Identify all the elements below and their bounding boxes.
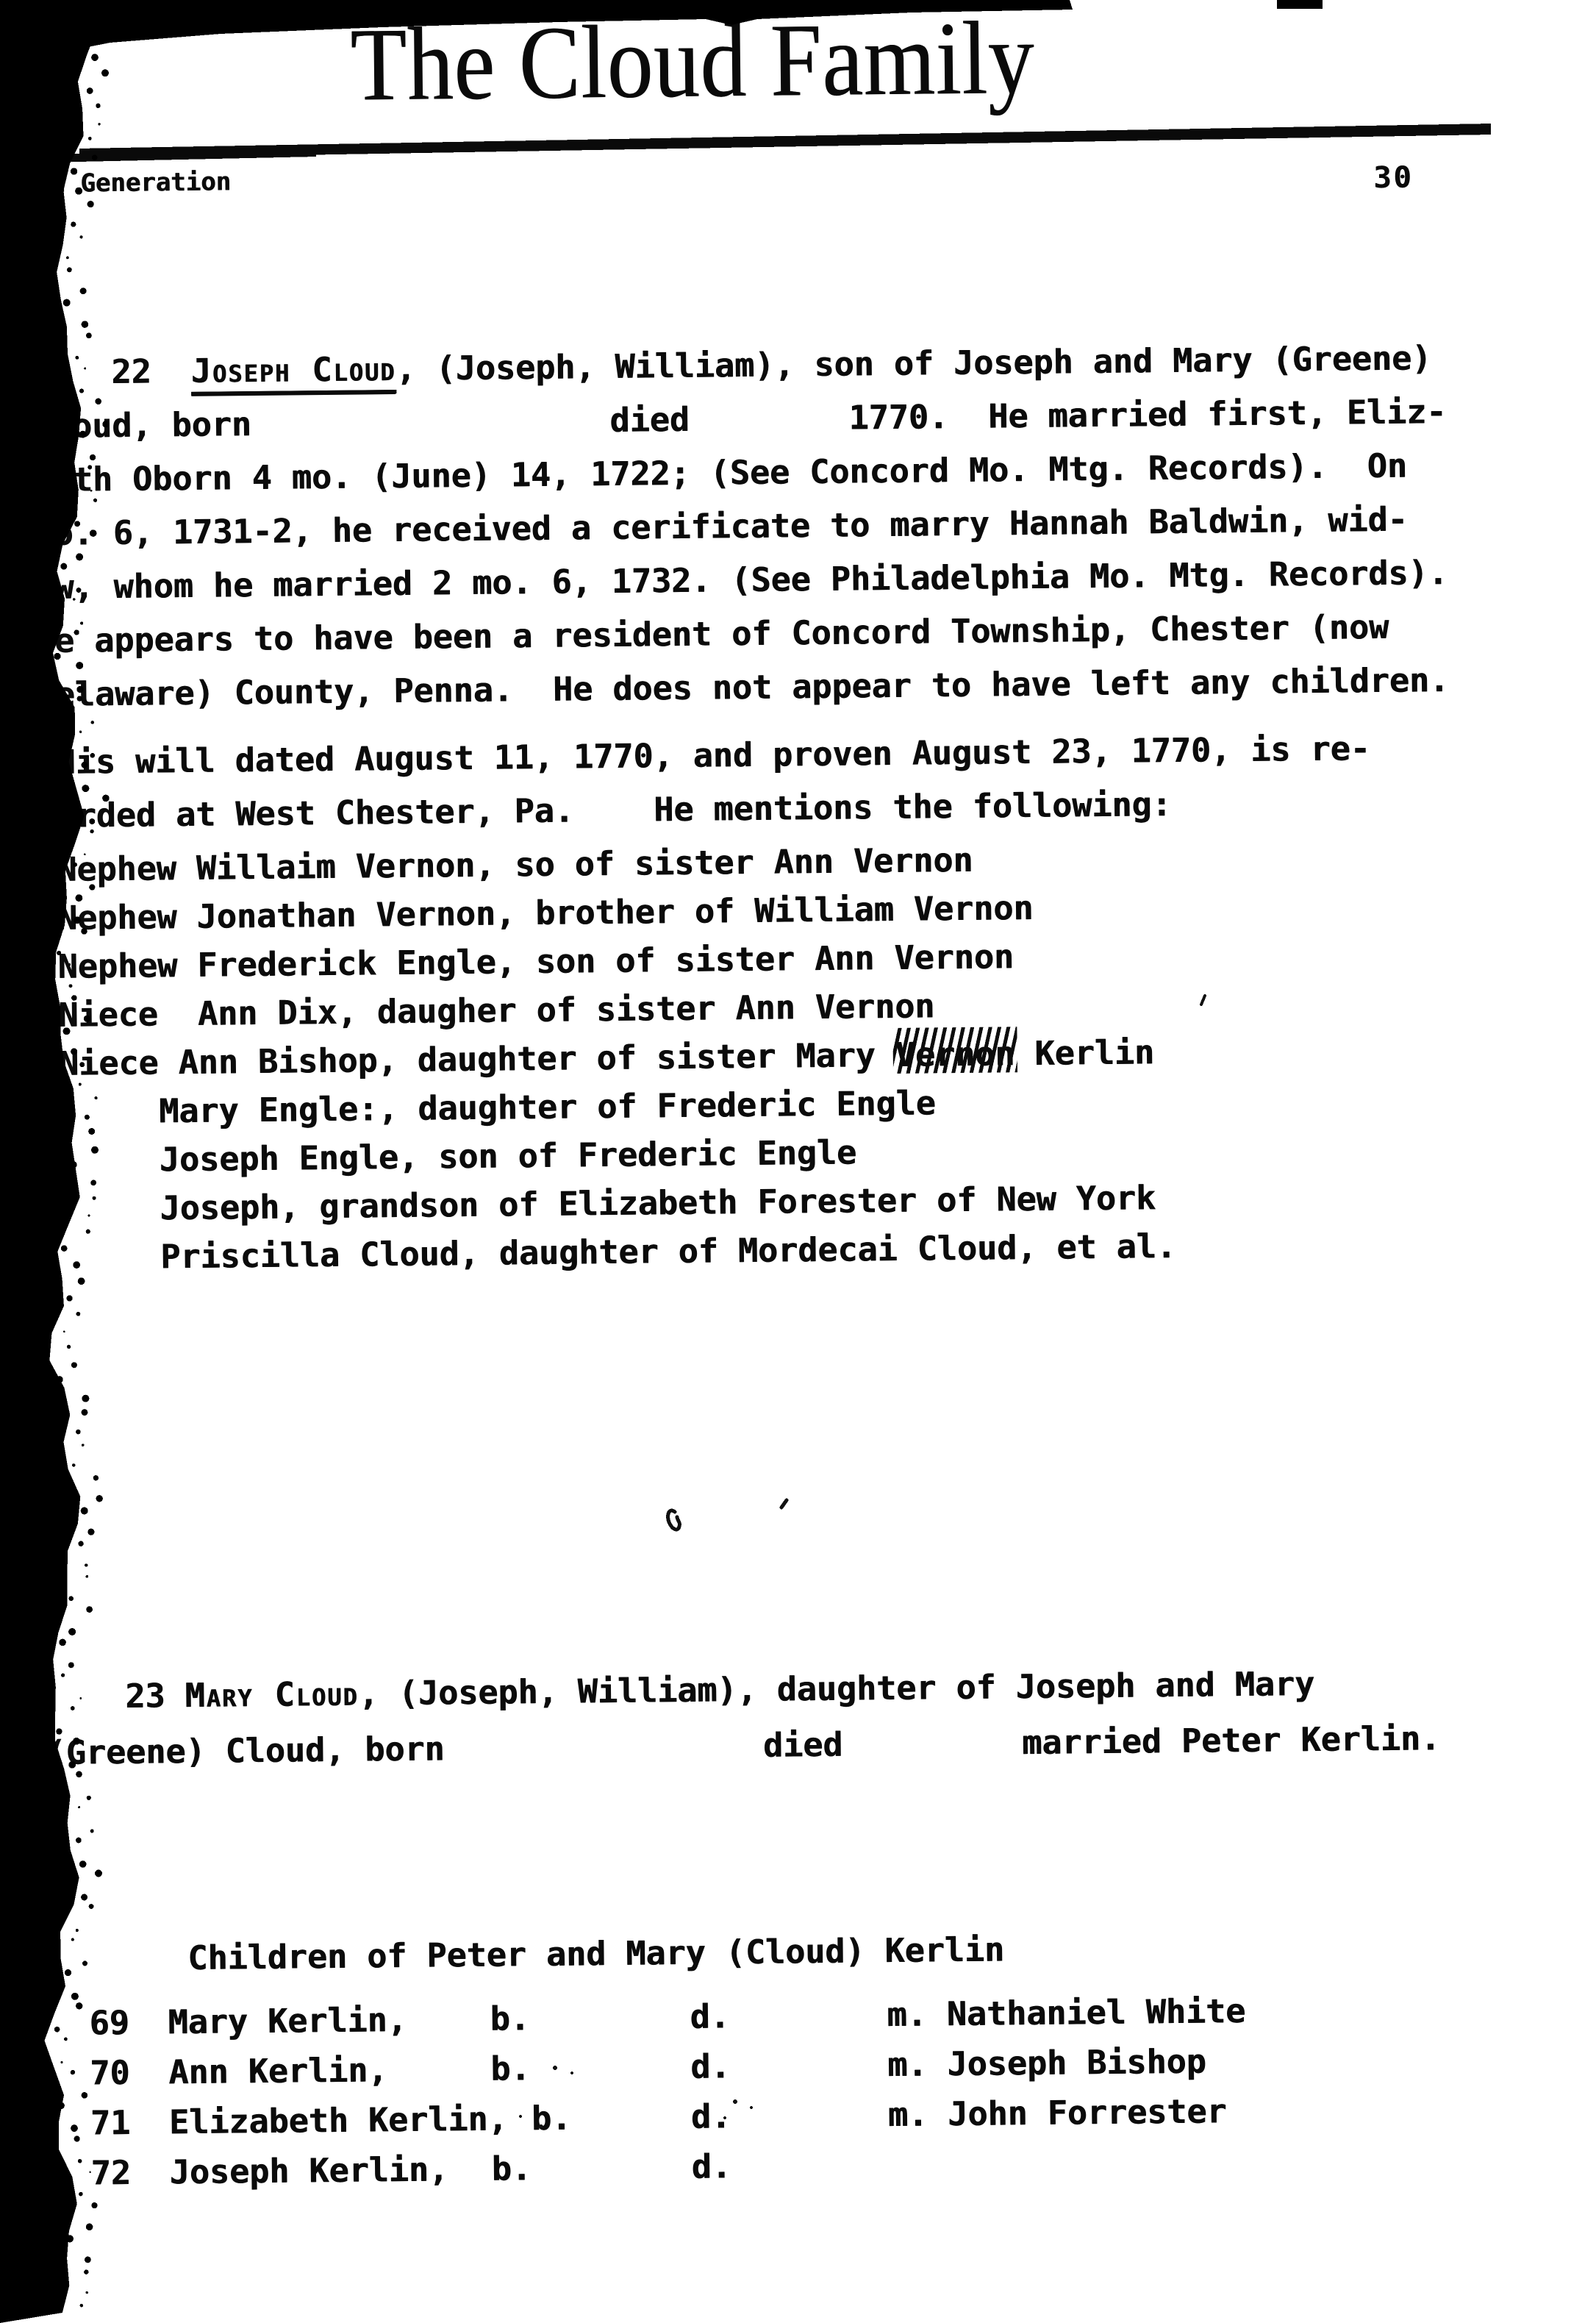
child-number: 69: [89, 2003, 129, 2043]
entry-number: 22: [32, 352, 191, 392]
died-label: d.: [691, 2097, 731, 2136]
born-label: b.: [490, 2049, 531, 2088]
heading-line-rest: , (Joseph, William), son of Joseph and M…: [396, 338, 1431, 388]
will-paragraph: His will dated August 11, 1770, and prov…: [35, 721, 1371, 843]
entry-23-paragraph: 23 Mary Cloud, (Joseph, William), daught…: [45, 1655, 1440, 1781]
child-number: 71: [90, 2103, 131, 2143]
table-row: 71 Elizabeth Kerlin, b. d. m. John Forre…: [50, 2104, 51, 2154]
page-number: 30: [1373, 160, 1414, 195]
entry-22-paragraph: 22 Joseph Cloud, (Joseph, William), son …: [32, 331, 1450, 721]
mention-text: Kerlin: [1015, 1032, 1154, 1073]
generation-label: d Generation: [50, 167, 231, 199]
person-name-underlined: Joseph Cloud: [190, 349, 396, 396]
born-label: b.: [491, 2149, 532, 2188]
page-sheet: The Cloud Family d Generation 30 22 Jose…: [0, 0, 1596, 2323]
born-label: b.: [490, 1999, 530, 2038]
table-row: 70 Ann Kerlin, b. d. m. Joseph Bishop: [49, 2054, 50, 2104]
married-info: m. John Forrester: [888, 2091, 1227, 2134]
child-name: Elizabeth Kerlin,: [169, 2099, 508, 2142]
person-name-smallcaps: Mary Cloud: [185, 1674, 359, 1715]
born-label: b.: [532, 2099, 572, 2138]
entry-number: 23: [46, 1676, 185, 1716]
child-number: 72: [90, 2153, 131, 2193]
page-title: The Cloud Family: [350, 0, 1035, 125]
scanned-document-page: The Cloud Family d Generation 30 22 Jose…: [0, 0, 1596, 2323]
child-number: 70: [90, 2053, 130, 2093]
died-label: d.: [690, 1997, 730, 2036]
children-section-heading: Children of Peter and Mary (Cloud) Kerli…: [48, 1922, 1004, 1986]
will-mentions-list: Nephew Willaim Vernon, so of sister Ann …: [37, 834, 1176, 1282]
died-label: d.: [690, 2047, 731, 2086]
children-table: 69 Mary Kerlin, b. d. m. Nathaniel White…: [49, 2004, 51, 2204]
section-heading-line: Children of Peter and Mary (Cloud) Kerli…: [48, 1922, 1004, 1986]
mention-text: Niece Ann Bishop, daughter of sister Mar…: [39, 1035, 895, 1083]
child-name: Ann Kerlin,: [168, 2050, 388, 2091]
table-row: 72 Joseph Kerlin, b. d.: [50, 2154, 51, 2204]
child-name: Joseph Kerlin,: [169, 2149, 448, 2191]
married-info: m. Joseph Bishop: [887, 2042, 1206, 2085]
died-label: d.: [691, 2147, 731, 2186]
heading-line-rest: , (Joseph, William), daughter of Joseph …: [358, 1664, 1314, 1713]
married-info: m. Nathaniel White: [887, 1991, 1245, 2034]
child-name: Mary Kerlin,: [168, 2000, 407, 2041]
table-row: 69 Mary Kerlin, b. d. m. Nathaniel White: [49, 2004, 49, 2054]
struck-text: Vernon: [895, 1030, 1015, 1080]
